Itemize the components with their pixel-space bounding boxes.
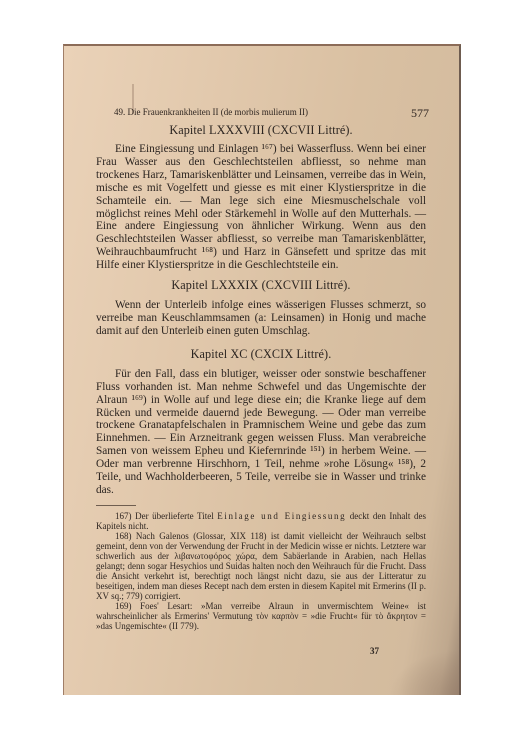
- main-text: Kapitel LXXXVIII (CXCVII Littré). Eine E…: [96, 123, 426, 631]
- footnote-number: 168): [115, 531, 132, 541]
- footnote-spaced-title: Einlage und Eingiessung: [217, 511, 346, 521]
- footnote-number: 169): [115, 601, 132, 611]
- chapter-title: Kapitel XC (CXCIX Littré).: [96, 347, 426, 362]
- page-number: 577: [411, 106, 429, 121]
- footnote-text: Nach Galenos (Glossar, XIX 118) ist dami…: [96, 531, 426, 601]
- footnote-167: 167) Der überlieferte Titel Einlage und …: [96, 511, 426, 531]
- chapter-title: Kapitel LXXXVIII (CXCVII Littré).: [96, 123, 426, 138]
- signature-mark: 37: [370, 646, 379, 656]
- footnote-168: 168) Nach Galenos (Glossar, XIX 118) ist…: [96, 531, 426, 601]
- chapter-title: Kapitel LXXXIX (CXCVIII Littré).: [96, 278, 426, 293]
- running-head: 49. Die Frauenkrankheiten II (de morbis …: [114, 107, 412, 117]
- chapter-paragraph: Für den Fall, dass ein blutiger, weisser…: [96, 368, 426, 497]
- running-head-title: 49. Die Frauenkrankheiten II (de morbis …: [114, 107, 308, 117]
- footnote-text: Foes' Lesart: »Man verreibe Alraun in un…: [96, 601, 426, 631]
- book-page: 49. Die Frauenkrankheiten II (de morbis …: [63, 44, 461, 695]
- footnote-rule: [96, 505, 136, 506]
- footnote-text: Der überlieferte Titel: [135, 511, 214, 521]
- chapter-paragraph: Eine Eingiessung und Einlagen ¹⁶⁷) bei W…: [96, 143, 426, 272]
- footnote-169: 169) Foes' Lesart: »Man verreibe Alraun …: [96, 601, 426, 631]
- footnote-number: 167): [115, 511, 132, 521]
- chapter-paragraph: Wenn der Unterleib infolge eines wässeri…: [96, 299, 426, 338]
